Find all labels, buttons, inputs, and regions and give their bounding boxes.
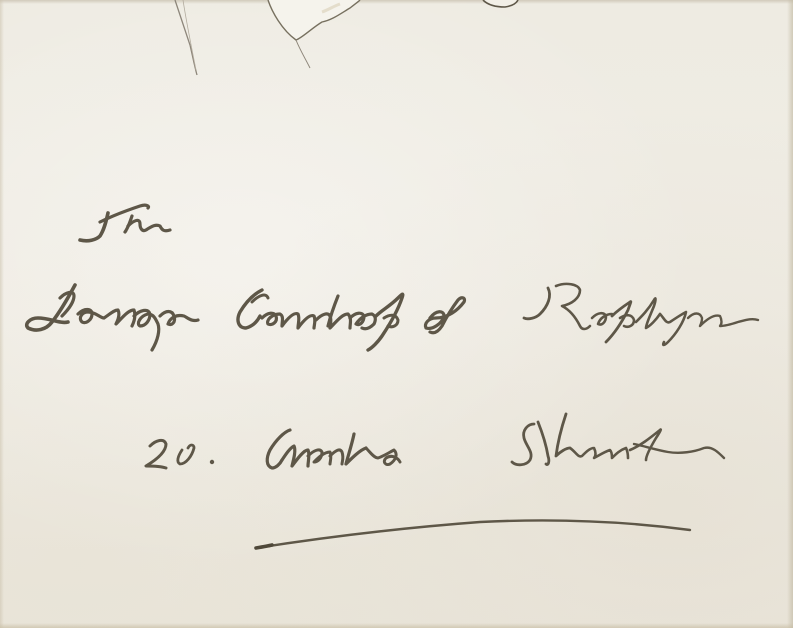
- handwriting-layer: [0, 0, 793, 628]
- handwriting-line-1: [80, 205, 170, 241]
- handwriting-line-3: [146, 414, 724, 468]
- address-underline: [256, 520, 690, 548]
- envelope: The Dowager Countess of Rosslyn 20. Char…: [0, 0, 793, 628]
- handwriting-line-2: [27, 284, 758, 350]
